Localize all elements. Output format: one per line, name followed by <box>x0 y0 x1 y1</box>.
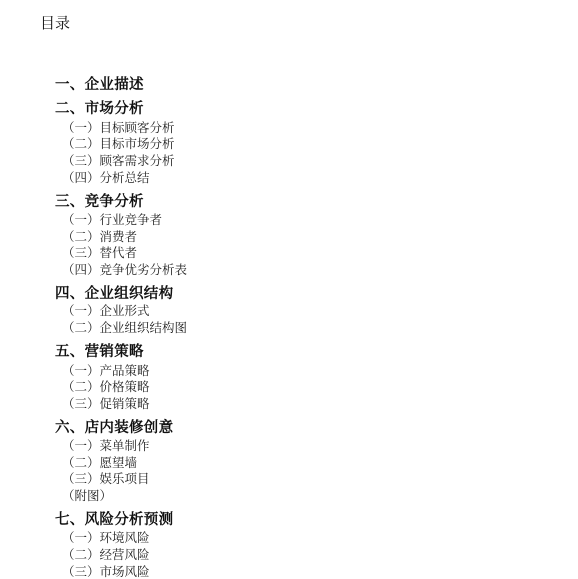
toc-item-6-3[interactable]: （三）娱乐项目 <box>62 471 150 487</box>
document-page: 目录 一、企业描述 二、市场分析 （一）目标顾客分析 （二）目标市场分析 （三）… <box>0 0 578 579</box>
toc-section-2[interactable]: 二、市场分析 <box>55 100 144 118</box>
toc-item-3-2[interactable]: （二）消费者 <box>62 229 137 245</box>
toc-title: 目录 <box>40 14 70 32</box>
toc-item-3-3[interactable]: （三）替代者 <box>62 245 137 261</box>
toc-section-7[interactable]: 七、风险分析预测 <box>55 511 173 529</box>
toc-item-7-2[interactable]: （二）经营风险 <box>62 547 150 563</box>
toc-item-6-4[interactable]: （附图） <box>62 488 112 504</box>
toc-section-5[interactable]: 五、营销策略 <box>55 343 144 361</box>
toc-item-4-1[interactable]: （一）企业形式 <box>62 303 150 319</box>
toc-item-5-2[interactable]: （二）价格策略 <box>62 379 150 395</box>
toc-item-5-3[interactable]: （三）促销策略 <box>62 396 150 412</box>
toc-item-3-1[interactable]: （一）行业竞争者 <box>62 212 162 228</box>
toc-item-6-1[interactable]: （一）菜单制作 <box>62 438 150 454</box>
toc-item-6-2[interactable]: （二）愿望墙 <box>62 455 137 471</box>
toc-item-2-2[interactable]: （二）目标市场分析 <box>62 136 175 152</box>
toc-item-2-1[interactable]: （一）目标顾客分析 <box>62 120 175 136</box>
toc-section-3[interactable]: 三、竞争分析 <box>55 193 144 211</box>
toc-section-4[interactable]: 四、企业组织结构 <box>55 285 173 303</box>
toc-item-4-2[interactable]: （二）企业组织结构图 <box>62 320 187 336</box>
toc-item-5-1[interactable]: （一）产品策略 <box>62 363 150 379</box>
toc-item-7-3[interactable]: （三）市场风险 <box>62 564 150 579</box>
toc-item-3-4[interactable]: （四）竞争优劣分析表 <box>62 262 187 278</box>
toc-section-1[interactable]: 一、企业描述 <box>55 76 144 94</box>
toc-item-2-3[interactable]: （三）顾客需求分析 <box>62 153 175 169</box>
toc-item-2-4[interactable]: （四）分析总结 <box>62 170 150 186</box>
toc-section-6[interactable]: 六、店内装修创意 <box>55 419 173 437</box>
toc-item-7-1[interactable]: （一）环境风险 <box>62 530 150 546</box>
